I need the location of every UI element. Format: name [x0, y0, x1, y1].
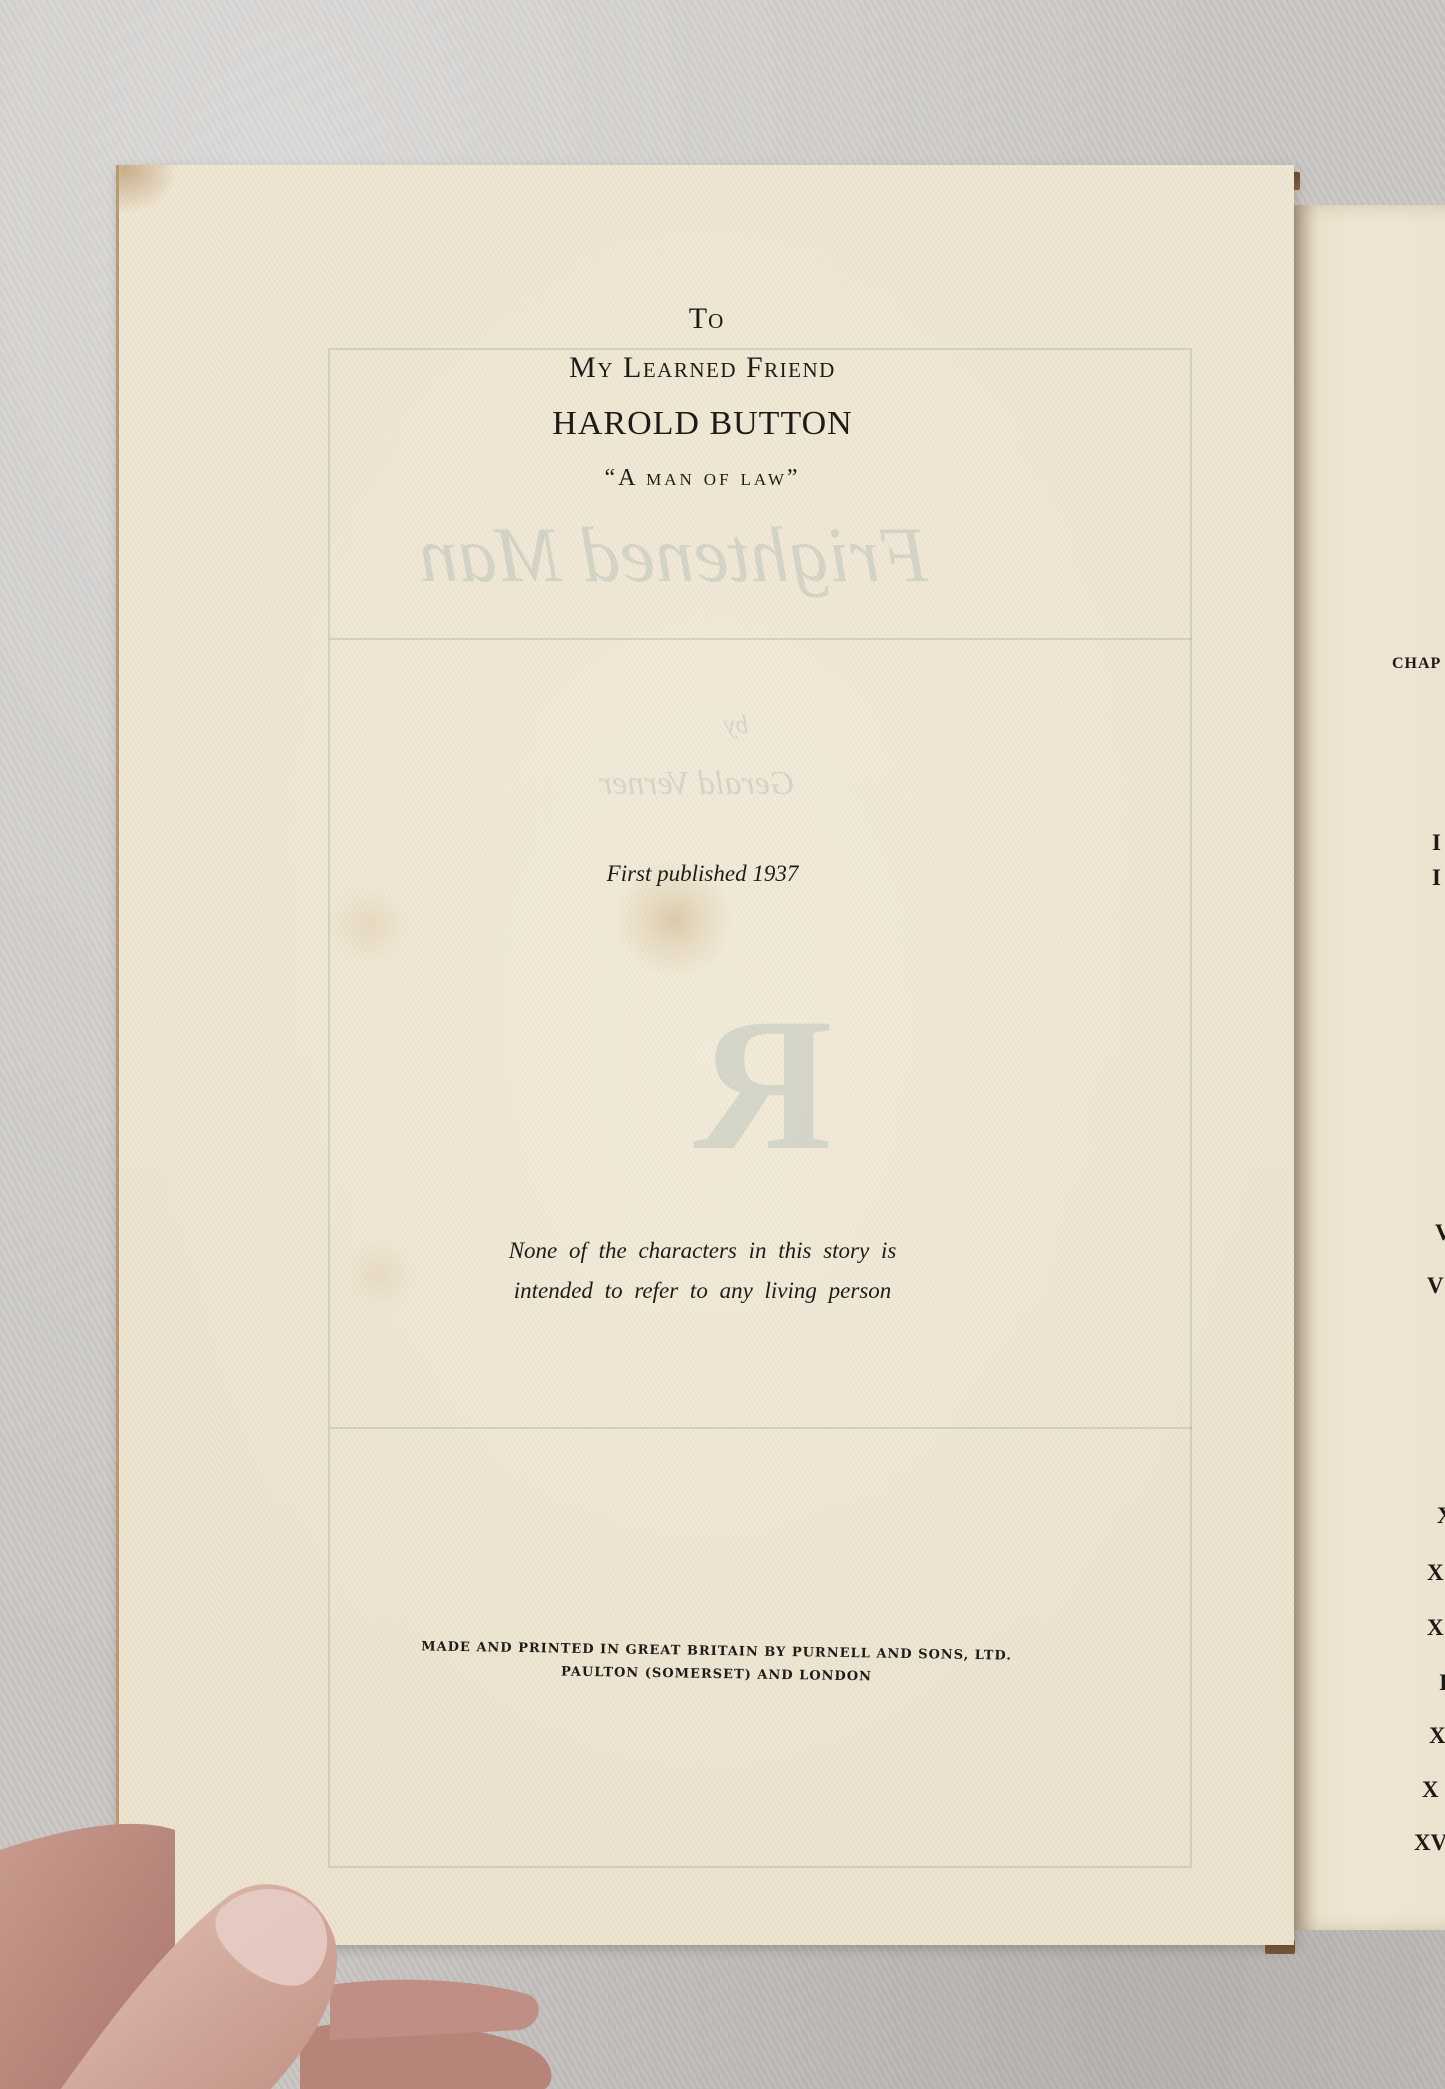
- dedication-imprint-page: Frightened Man by Gerald Verner R To My …: [116, 165, 1294, 1945]
- chapter-numeral: V: [1435, 1220, 1445, 1246]
- dedication-to: To: [119, 302, 1294, 336]
- first-published-line: First published 1937: [115, 861, 1290, 887]
- show-through-rule: [330, 638, 1192, 640]
- dedication-friend: My Learned Friend: [115, 351, 1290, 385]
- dedication-name: HAROLD BUTTON: [115, 405, 1290, 443]
- chapter-numeral: X: [1427, 1560, 1444, 1586]
- corner-stain: [119, 165, 179, 215]
- chapter-numeral: X: [1422, 1777, 1439, 1803]
- chapter-numeral: I: [1439, 1670, 1445, 1696]
- facing-contents-page: CHAP I I V V X X X I X X XV: [1292, 205, 1445, 1930]
- chapter-numeral: X: [1437, 1503, 1445, 1529]
- disclaimer-line-1: None of the characters in this story is: [115, 1238, 1290, 1264]
- publisher-logo-show-through: R: [664, 985, 864, 1185]
- gutter-shadow: [1292, 205, 1318, 1930]
- chapter-numeral: I: [1432, 865, 1441, 891]
- chapter-column-header: CHAP: [1392, 655, 1441, 673]
- show-through-title: Frightened Man: [419, 510, 928, 600]
- chapter-numeral: XV: [1414, 1830, 1445, 1856]
- chapter-numeral: V: [1427, 1273, 1444, 1299]
- show-through-rule: [330, 1427, 1192, 1429]
- dedication-quote: “A man of law”: [115, 465, 1290, 492]
- chapter-numeral: X: [1427, 1615, 1444, 1641]
- show-through-author: Gerald Verner: [599, 765, 794, 803]
- show-through-by: by: [724, 710, 749, 740]
- disclaimer-line-2: intended to refer to any living person: [115, 1278, 1290, 1304]
- chapter-numeral: X: [1429, 1723, 1445, 1749]
- chapter-numeral: I: [1432, 830, 1441, 856]
